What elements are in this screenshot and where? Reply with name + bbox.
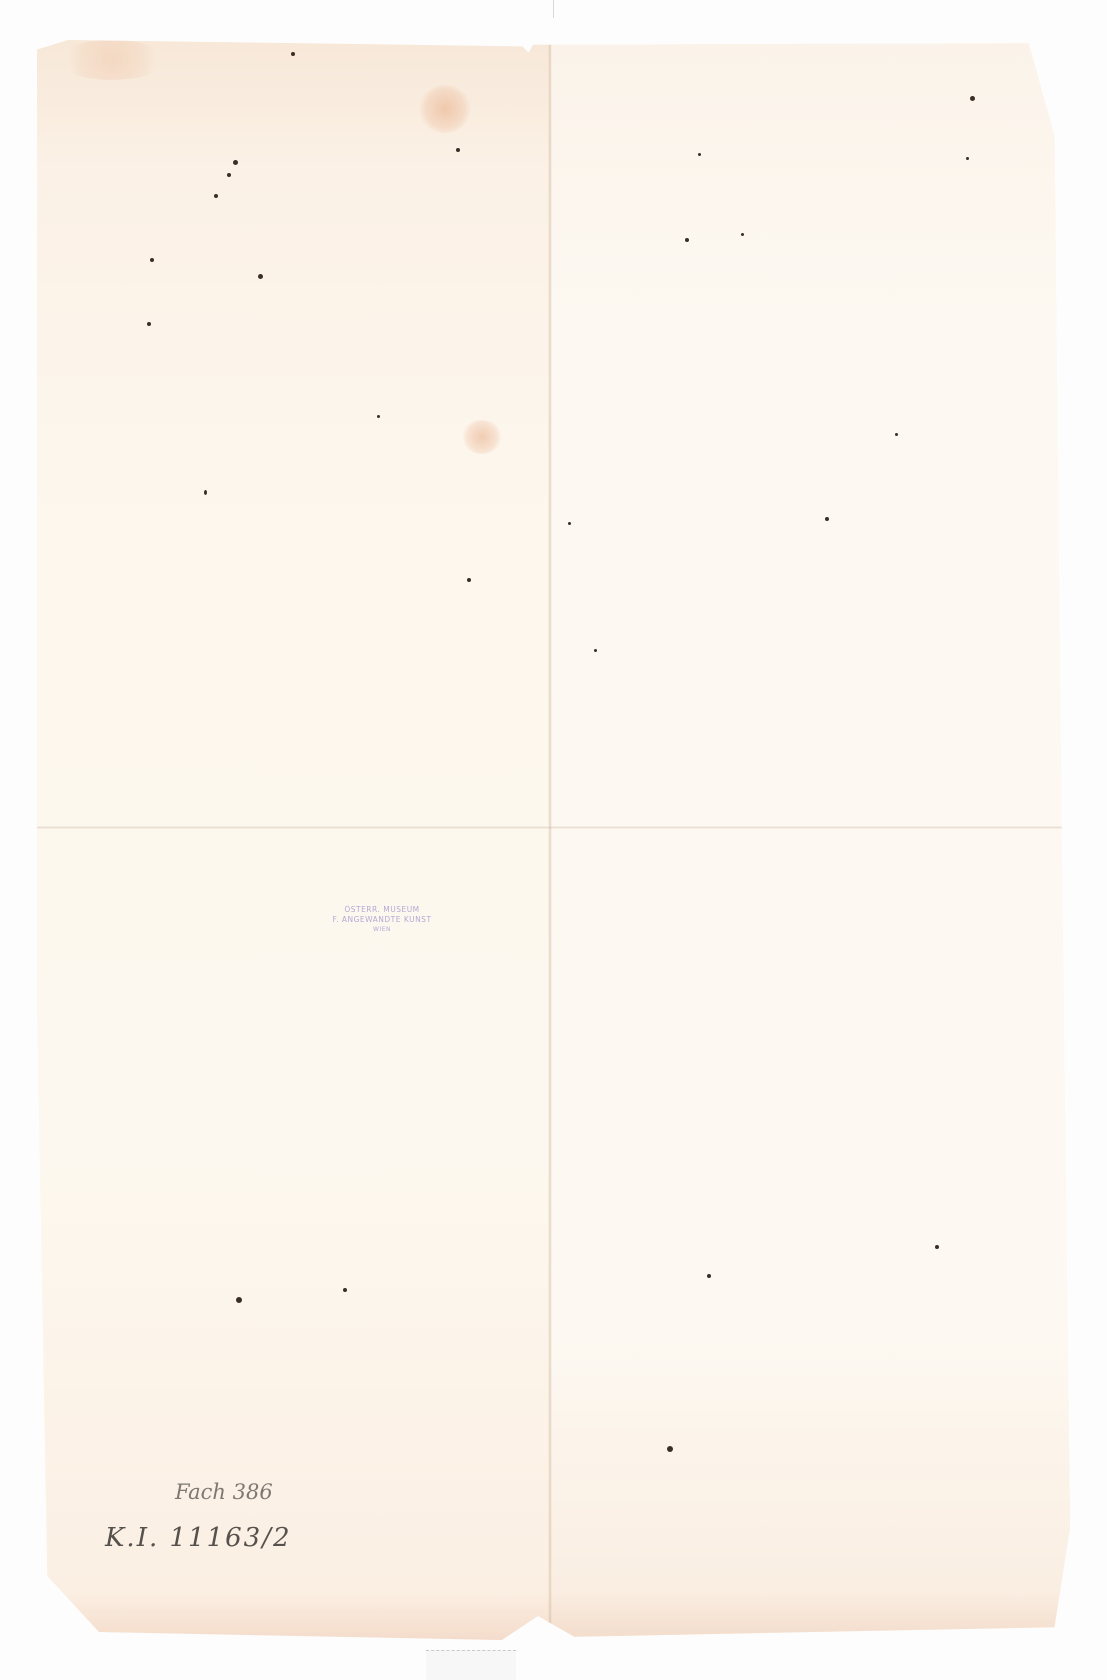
museum-stamp: ÖSTERR. MUSEUM F. ANGEWANDTE KUNST WIEN bbox=[322, 905, 442, 935]
stamp-line-3: WIEN bbox=[322, 925, 442, 935]
foxing-spot bbox=[456, 148, 460, 152]
foxing-spot bbox=[204, 490, 207, 495]
foxing-spot bbox=[825, 517, 829, 521]
foxing-spot bbox=[147, 322, 151, 326]
foxing-spot bbox=[707, 1274, 711, 1278]
stain bbox=[462, 420, 502, 454]
right-panel bbox=[550, 40, 1070, 1640]
foxing-spot bbox=[467, 578, 471, 582]
scan-edge-mark bbox=[553, 0, 554, 18]
foxing-spot bbox=[594, 649, 597, 652]
foxing-spot bbox=[150, 258, 154, 262]
foxing-spot bbox=[895, 433, 898, 436]
foxing-spot bbox=[227, 173, 231, 177]
mounting-tape bbox=[426, 1650, 516, 1680]
foxing-spot bbox=[966, 157, 969, 160]
paper-sheet: ÖSTERR. MUSEUM F. ANGEWANDTE KUNST WIEN bbox=[37, 40, 1070, 1640]
stamp-line-2: F. ANGEWANDTE KUNST bbox=[322, 915, 442, 925]
foxing-spot bbox=[667, 1446, 673, 1452]
foxing-spot bbox=[698, 153, 701, 156]
foxing-spot bbox=[233, 160, 238, 165]
horizontal-fold-line bbox=[37, 826, 1070, 829]
stamp-line-1: ÖSTERR. MUSEUM bbox=[322, 905, 442, 915]
handwritten-fach-label: Fach 386 bbox=[175, 1480, 273, 1504]
foxing-spot bbox=[236, 1297, 242, 1303]
foxing-spot bbox=[970, 96, 975, 101]
stain bbox=[57, 40, 167, 80]
foxing-spot bbox=[685, 238, 689, 242]
foxing-spot bbox=[377, 415, 380, 418]
vertical-fold-line bbox=[548, 40, 552, 1640]
left-panel bbox=[37, 40, 550, 1640]
foxing-spot bbox=[258, 274, 263, 279]
foxing-spot bbox=[214, 194, 218, 198]
foxing-spot bbox=[291, 52, 295, 56]
foxing-spot bbox=[935, 1245, 939, 1249]
handwritten-inventory-number: K.I. 11163/2 bbox=[105, 1523, 292, 1553]
foxing-spot bbox=[343, 1288, 347, 1292]
foxing-spot bbox=[741, 233, 744, 236]
stain bbox=[419, 85, 471, 133]
foxing-spot bbox=[568, 522, 571, 525]
